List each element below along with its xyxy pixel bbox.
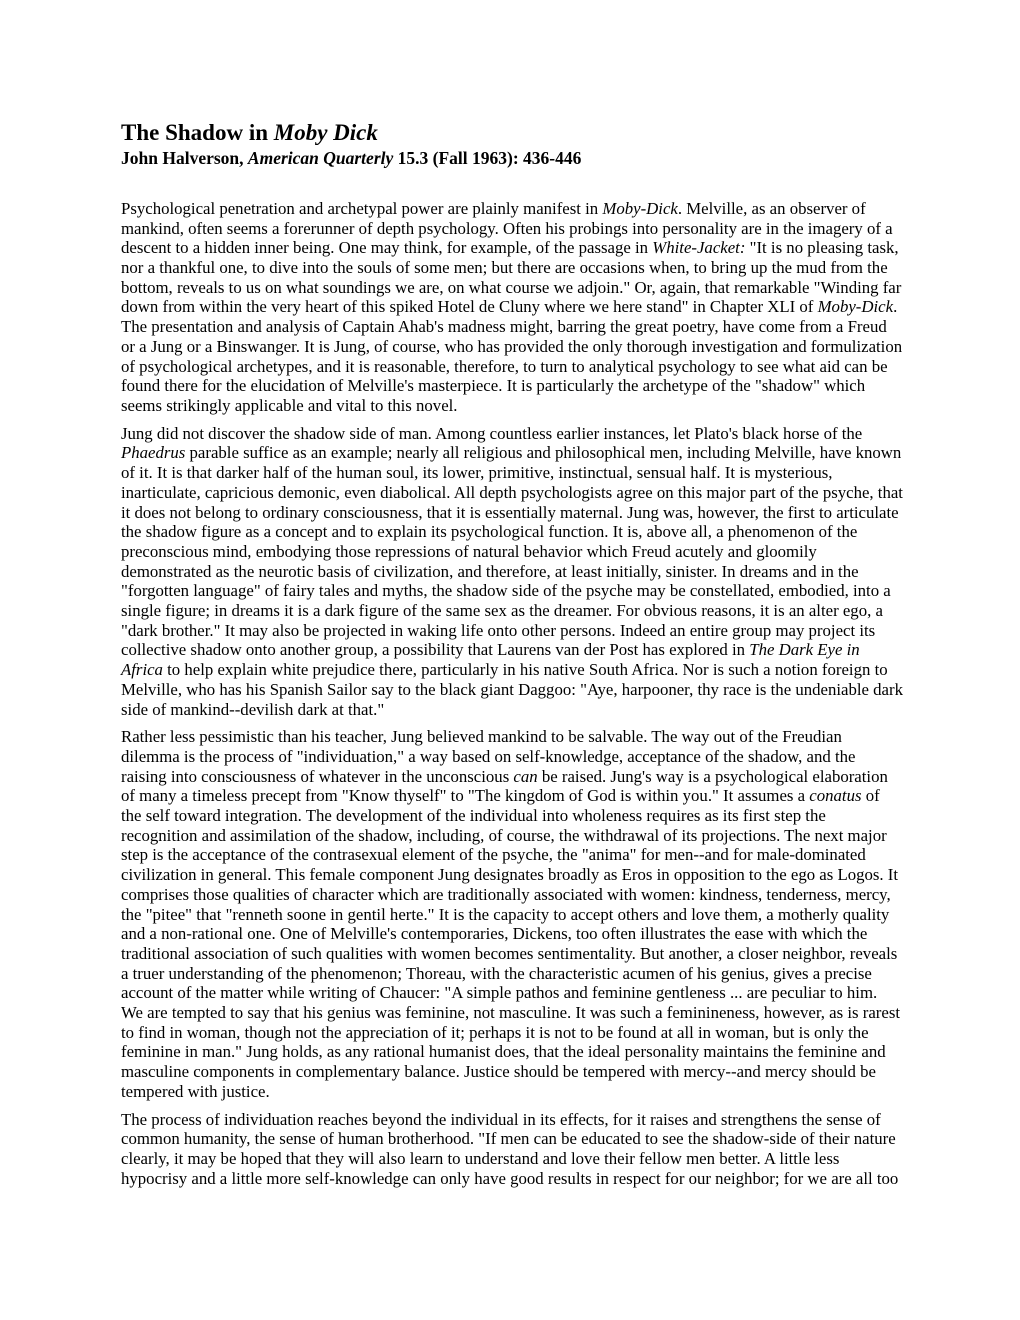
document-body: Psychological penetration and archetypal…	[121, 199, 903, 1188]
text-run: to help explain white prejudice there, p…	[121, 660, 903, 718]
italic-text-run: conatus	[809, 786, 861, 805]
italic-text-run: Phaedrus	[121, 443, 185, 462]
italic-text-run: Moby-Dick	[602, 199, 677, 218]
text-run: Jung did not discover the shadow side of…	[121, 424, 862, 443]
paragraph: Rather less pessimistic than his teacher…	[121, 727, 903, 1101]
paragraph: The process of individuation reaches bey…	[121, 1110, 903, 1189]
text-run: The process of individuation reaches bey…	[121, 1110, 898, 1188]
italic-text-run: Moby-Dick	[818, 297, 893, 316]
italic-text-run: can	[513, 767, 537, 786]
document-header: The Shadow in Moby Dick John Halverson, …	[121, 121, 903, 168]
text-run: The Shadow in	[121, 120, 274, 145]
paragraph: Psychological penetration and archetypal…	[121, 199, 903, 416]
byline: John Halverson, American Quarterly 15.3 …	[121, 148, 903, 168]
italic-text-run: White-Jacket:	[652, 238, 745, 257]
page-title: The Shadow in Moby Dick	[121, 121, 903, 146]
paragraph: Jung did not discover the shadow side of…	[121, 424, 903, 720]
text-run: 15.3 (Fall 1963): 436-446	[393, 148, 581, 168]
text-run: parable suffice as an example; nearly al…	[121, 443, 903, 659]
italic-text-run: American Quarterly	[248, 148, 393, 168]
text-run: Psychological penetration and archetypal…	[121, 199, 602, 218]
text-run: of the self toward integration. The deve…	[121, 786, 900, 1101]
document-page: The Shadow in Moby Dick John Halverson, …	[121, 0, 903, 1188]
text-run: John Halverson,	[121, 148, 248, 168]
italic-text-run: Moby Dick	[274, 120, 378, 145]
